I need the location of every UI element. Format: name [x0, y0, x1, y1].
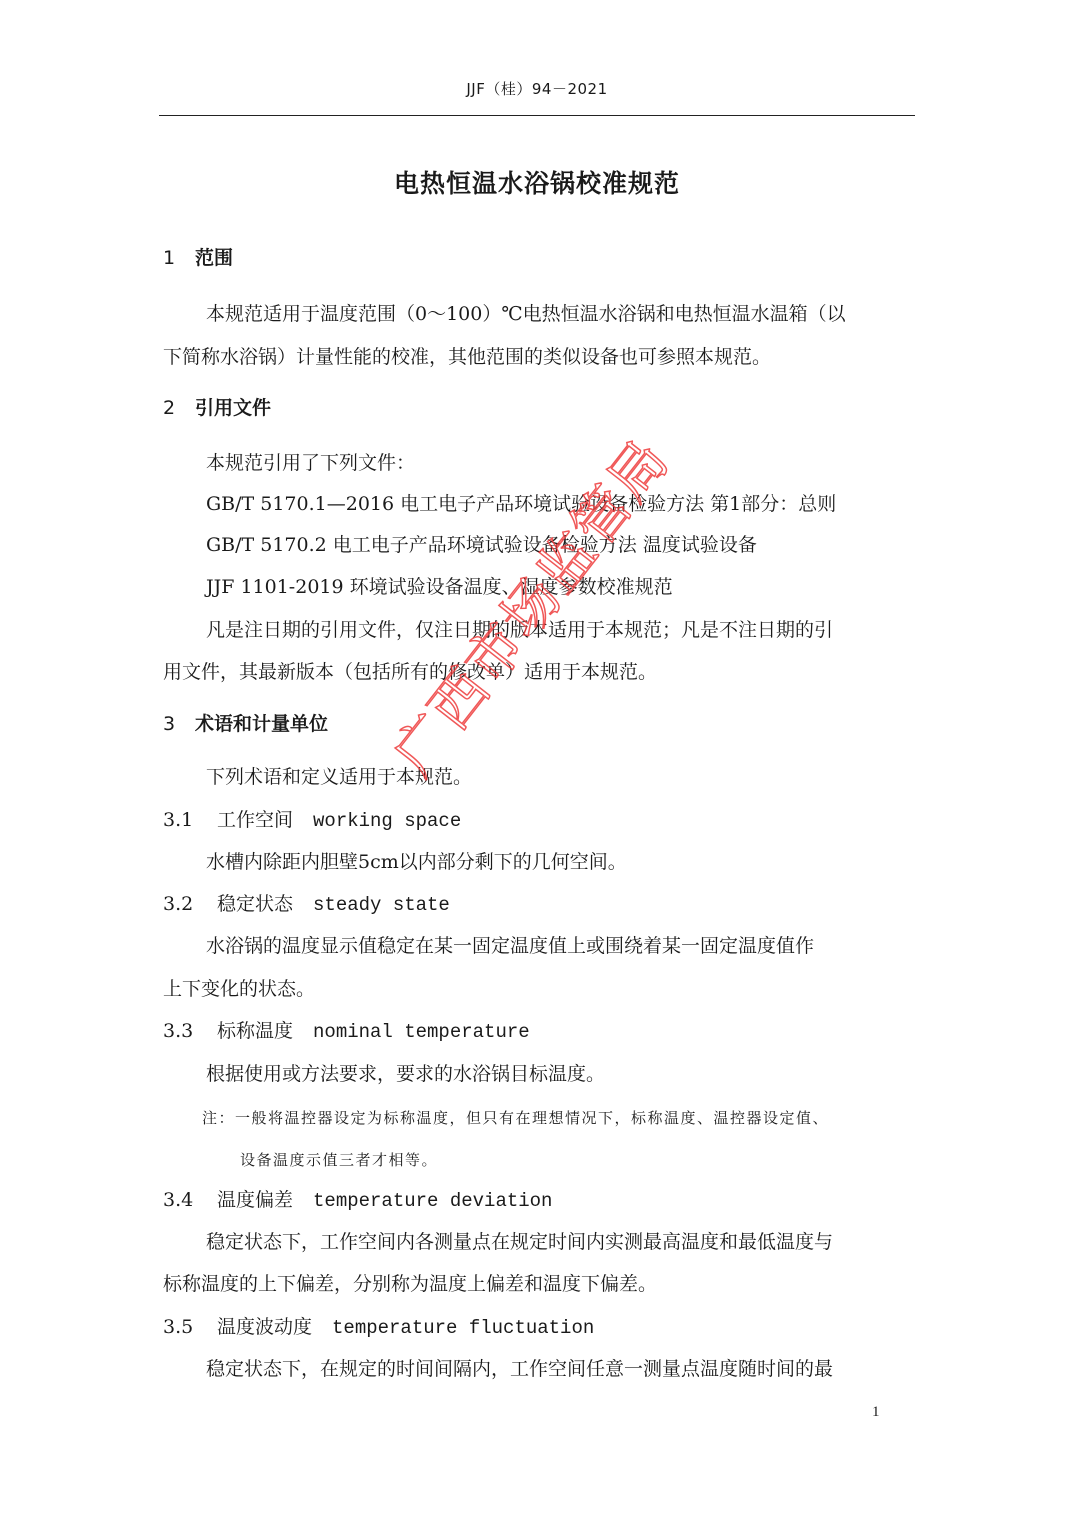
- term-definition: 根据使用或方法要求，要求的水浴锅目标温度。: [206, 1062, 605, 1086]
- header-divider: [159, 115, 915, 116]
- reference-item: GB/T 5170.1—2016 电工电子产品环境试验设备检验方法 第1部分：总…: [206, 492, 836, 516]
- document-page: JJF（桂）94－2021 电热恒温水浴锅校准规范 1范围 本规范适用于温度范围…: [0, 0, 1074, 1520]
- section-number: 1: [163, 246, 195, 270]
- term-definition: 水槽内除距内胆壁5cm以内部分剩下的几何空间。: [206, 850, 627, 874]
- term-en: steady state: [313, 894, 450, 916]
- term-definition: 上下变化的状态。: [163, 977, 315, 1001]
- paragraph: 下简称水浴锅）计量性能的校准，其他范围的类似设备也可参照本规范。: [163, 345, 771, 369]
- term-zh: 稳定状态: [217, 893, 293, 915]
- term-3-1: 3.1工作空间working space: [163, 808, 461, 833]
- term-number: 3.2: [163, 892, 217, 916]
- page-number: 1: [872, 1404, 880, 1421]
- watermark-stamp: 广西市场监管局: [372, 420, 685, 789]
- section-number: 3: [163, 712, 195, 736]
- section-title: 引用文件: [195, 397, 271, 419]
- term-zh: 标称温度: [217, 1020, 293, 1042]
- reference-item: JJF 1101-2019 环境试验设备温度、湿度参数校准规范: [206, 575, 673, 599]
- term-definition: 稳定状态下，在规定的时间间隔内，工作空间任意一测量点温度随时间的最: [206, 1357, 833, 1381]
- section-heading-2: 2引用文件: [163, 396, 271, 420]
- section-title: 范围: [195, 247, 233, 269]
- term-3-5: 3.5温度波动度temperature fluctuation: [163, 1315, 594, 1340]
- term-en: temperature fluctuation: [332, 1317, 594, 1339]
- term-en: nominal temperature: [313, 1021, 530, 1043]
- term-zh: 温度波动度: [217, 1316, 312, 1338]
- term-definition: 标称温度的上下偏差，分别称为温度上偏差和温度下偏差。: [163, 1272, 657, 1296]
- term-number: 3.3: [163, 1019, 217, 1043]
- term-en: working space: [313, 810, 461, 832]
- standard-code: JJF（桂）94－2021: [0, 78, 1074, 99]
- note: 注：一般将温控器设定为标称温度，但只有在理想情况下，标称温度、温控器设定值、: [202, 1106, 829, 1130]
- note: 设备温度示值三者才相等。: [240, 1148, 438, 1172]
- term-number: 3.4: [163, 1188, 217, 1212]
- paragraph: 本规范适用于温度范围（0～100）℃电热恒温水浴锅和电热恒温水温箱（以: [206, 302, 846, 326]
- document-title: 电热恒温水浴锅校准规范: [0, 164, 1074, 200]
- reference-item: GB/T 5170.2 电工电子产品环境试验设备检验方法 温度试验设备: [206, 533, 757, 557]
- paragraph: 本规范引用了下列文件：: [206, 451, 415, 475]
- section-number: 2: [163, 396, 195, 420]
- term-en: temperature deviation: [313, 1190, 552, 1212]
- section-heading-1: 1范围: [163, 246, 233, 270]
- section-title: 术语和计量单位: [195, 713, 328, 735]
- paragraph: 凡是注日期的引用文件，仅注日期的版本适用于本规范；凡是不注日期的引: [206, 618, 833, 642]
- term-3-4: 3.4温度偏差temperature deviation: [163, 1188, 552, 1213]
- section-heading-3: 3术语和计量单位: [163, 712, 328, 736]
- term-3-3: 3.3标称温度nominal temperature: [163, 1019, 530, 1044]
- term-3-2: 3.2稳定状态steady state: [163, 892, 450, 917]
- term-zh: 温度偏差: [217, 1189, 293, 1211]
- term-definition: 稳定状态下，工作空间内各测量点在规定时间内实测最高温度和最低温度与: [206, 1230, 833, 1254]
- term-number: 3.5: [163, 1315, 217, 1339]
- term-number: 3.1: [163, 808, 217, 832]
- term-zh: 工作空间: [217, 809, 293, 831]
- term-definition: 水浴锅的温度显示值稳定在某一固定温度值上或围绕着某一固定温度值作: [206, 934, 814, 958]
- paragraph: 用文件，其最新版本（包括所有的修改单）适用于本规范。: [163, 660, 657, 684]
- paragraph: 下列术语和定义适用于本规范。: [206, 765, 472, 789]
